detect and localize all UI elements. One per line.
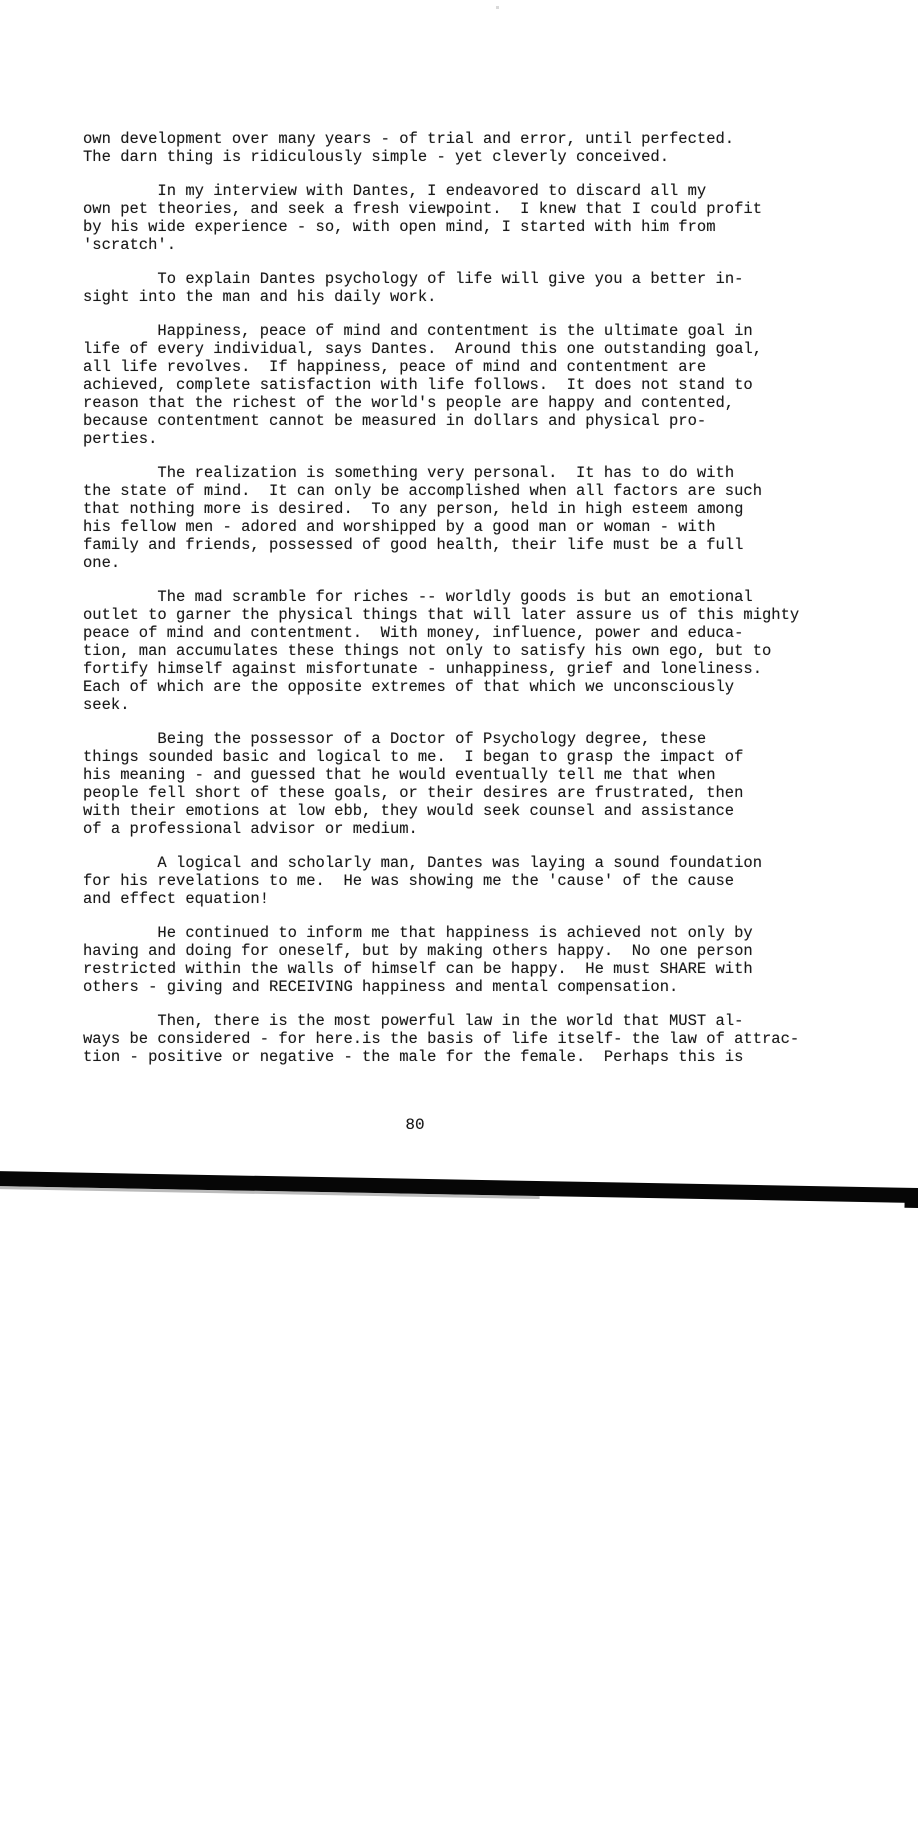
scan-speck [496, 6, 499, 9]
paragraph: In my interview with Dantes, I endeavore… [83, 182, 843, 254]
scan-artifact-bar [0, 1171, 918, 1203]
scanned-document-page: own development over many years - of tri… [0, 0, 918, 1836]
scan-artifact-bar-notch [904, 1202, 918, 1208]
page-number: 80 [0, 1116, 830, 1134]
paragraph: He continued to inform me that happiness… [83, 924, 843, 996]
paragraph: A logical and scholarly man, Dantes was … [83, 854, 843, 908]
scan-artifact-bar-underline [0, 1186, 540, 1199]
paragraph: Happiness, peace of mind and contentment… [83, 322, 843, 448]
paragraph: Being the possessor of a Doctor of Psych… [83, 730, 843, 838]
paragraph: To explain Dantes psychology of life wil… [83, 270, 843, 306]
paragraph: own development over many years - of tri… [83, 130, 843, 166]
body-text: own development over many years - of tri… [83, 130, 843, 1082]
paragraph: Then, there is the most powerful law in … [83, 1012, 843, 1066]
paragraph: The realization is something very person… [83, 464, 843, 572]
paragraph: The mad scramble for riches -- worldly g… [83, 588, 843, 714]
